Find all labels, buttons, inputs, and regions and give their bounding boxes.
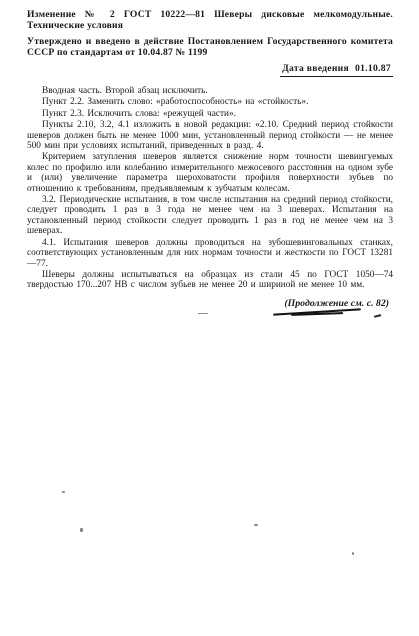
paragraph-intro: Вводная часть. Второй абзац исключить. xyxy=(27,86,393,96)
approval-statement: Утверждено и введено в действие Постанов… xyxy=(27,36,393,58)
paragraph-clause-2-2: Пункт 2.2. Заменить слово: «работоспособ… xyxy=(27,97,393,107)
scan-speck xyxy=(80,528,83,532)
effective-date-line: Дата введения01.10.87 xyxy=(27,63,393,77)
amendment-body: Вводная часть. Второй абзац исключить. П… xyxy=(27,86,393,291)
paragraph-clause-2-3: Пункт 2.3. Исключить слова: «режущей час… xyxy=(27,109,393,119)
handwritten-underline xyxy=(273,308,361,316)
pen-tick-mark xyxy=(374,314,381,317)
amendment-title: Изменение № 2 ГОСТ 10222—81 Шеверы диско… xyxy=(27,9,393,31)
paragraph-clause-2-10: Пункты 2.10, 3.2, 4.1 изложить в новой р… xyxy=(27,120,393,151)
paragraph-clause-3-2: 3.2. Периодические испытания, в том числ… xyxy=(27,195,393,237)
effective-date: Дата введения01.10.87 xyxy=(280,63,393,77)
continuation-note: (Продолжение см. с. 82) xyxy=(284,298,389,309)
effective-date-value: 01.10.87 xyxy=(355,63,391,74)
page-separator-dash: — xyxy=(198,308,208,319)
scan-speck xyxy=(254,524,258,526)
paragraph-clause-4-1: 4.1. Испытания шеверов должны проводитьс… xyxy=(27,238,393,269)
paragraph-test-samples: Шеверы должны испытываться на образцах и… xyxy=(27,270,393,291)
scan-speck xyxy=(62,491,65,493)
scan-speck xyxy=(352,552,354,555)
effective-date-label: Дата введения xyxy=(282,63,349,74)
continuation-note-line: (Продолжение см. с. 82) xyxy=(27,298,393,309)
paragraph-dulling-criterion: Критерием затупления шеверов является сн… xyxy=(27,152,393,194)
scanned-document-page: Изменение № 2 ГОСТ 10222—81 Шеверы диско… xyxy=(0,0,419,636)
